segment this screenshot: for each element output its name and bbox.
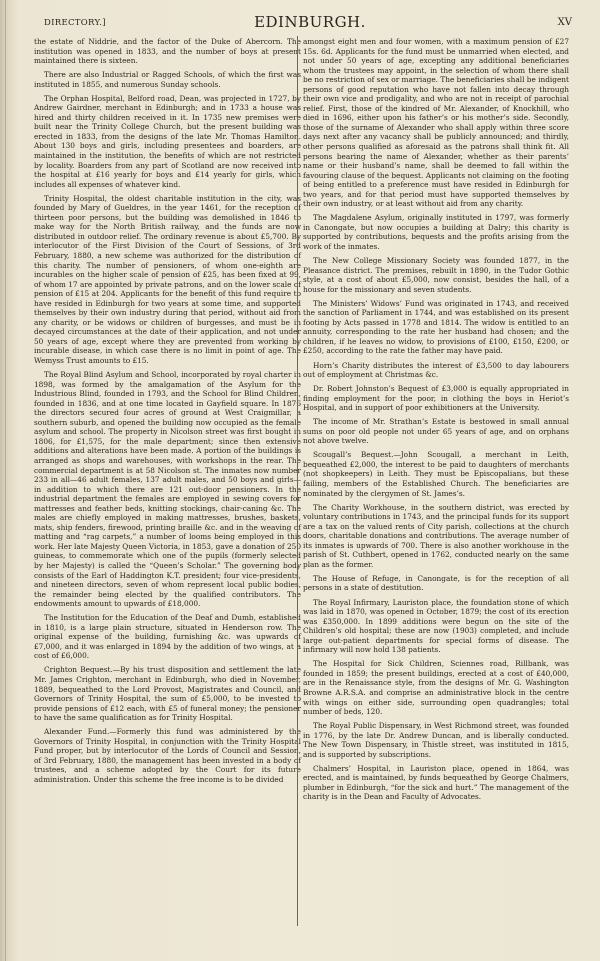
book-page: DIRECTORY.] EDINBURGH. XV the estate of … [0,0,600,961]
paragraph: Crighton Bequest.—By his trust dispositi… [34,665,301,722]
paragraph: Scougall’s Bequest.—John Scougall, a mer… [303,450,569,498]
paragraph: Chalmers’ Hospital, in Lauriston place, … [303,764,569,802]
paragraph: The Institution for the Education of the… [34,613,301,661]
paragraph: the estate of Niddrie, and the factor of… [34,37,301,66]
page-number: XV [558,17,572,28]
paragraph: The Hospital for Sick Children, Sciennes… [303,659,569,716]
paragraph: The Royal Infirmary, Lauriston place, th… [303,598,569,655]
page-gutter [5,0,6,961]
paragraph: The Ministers’ Widows’ Fund was originat… [303,299,569,356]
paragraph: amongst eight men and four women, with a… [303,37,569,209]
paragraph: The House of Refuge, in Canongate, is fo… [303,574,569,593]
paragraph: Trinity Hospital, the oldest charitable … [34,194,301,366]
paragraph: The Orphan Hospital, Belford road, Dean,… [34,94,301,189]
paragraph: The Magdalene Asylum, originally institu… [303,213,569,251]
paragraph: The Charity Workhouse, in the southern d… [303,503,569,570]
paragraph: The Royal Public Dispensary, in West Ric… [303,721,569,759]
right-column: amongst eight men and four women, with a… [303,37,569,806]
header-title: EDINBURGH. [40,13,580,31]
running-header: DIRECTORY.] EDINBURGH. XV [40,12,580,32]
paragraph: Dr. Robert Johnston’s Bequest of £3,000 … [303,384,569,413]
left-column: the estate of Niddrie, and the factor of… [34,37,301,789]
paragraph: The income of Mr. Strathan’s Estate is b… [303,417,569,446]
paragraph: Horn’s Charity distributes the interest … [303,361,569,380]
paragraph: The New College Missionary Society was f… [303,256,569,294]
paragraph: There are also Industrial or Ragged Scho… [34,70,301,89]
paragraph: Alexander Fund.—Formerly this fund was a… [34,727,301,784]
column-divider [297,36,298,926]
paragraph: The Royal Blind Asylum and School, incor… [34,370,301,609]
